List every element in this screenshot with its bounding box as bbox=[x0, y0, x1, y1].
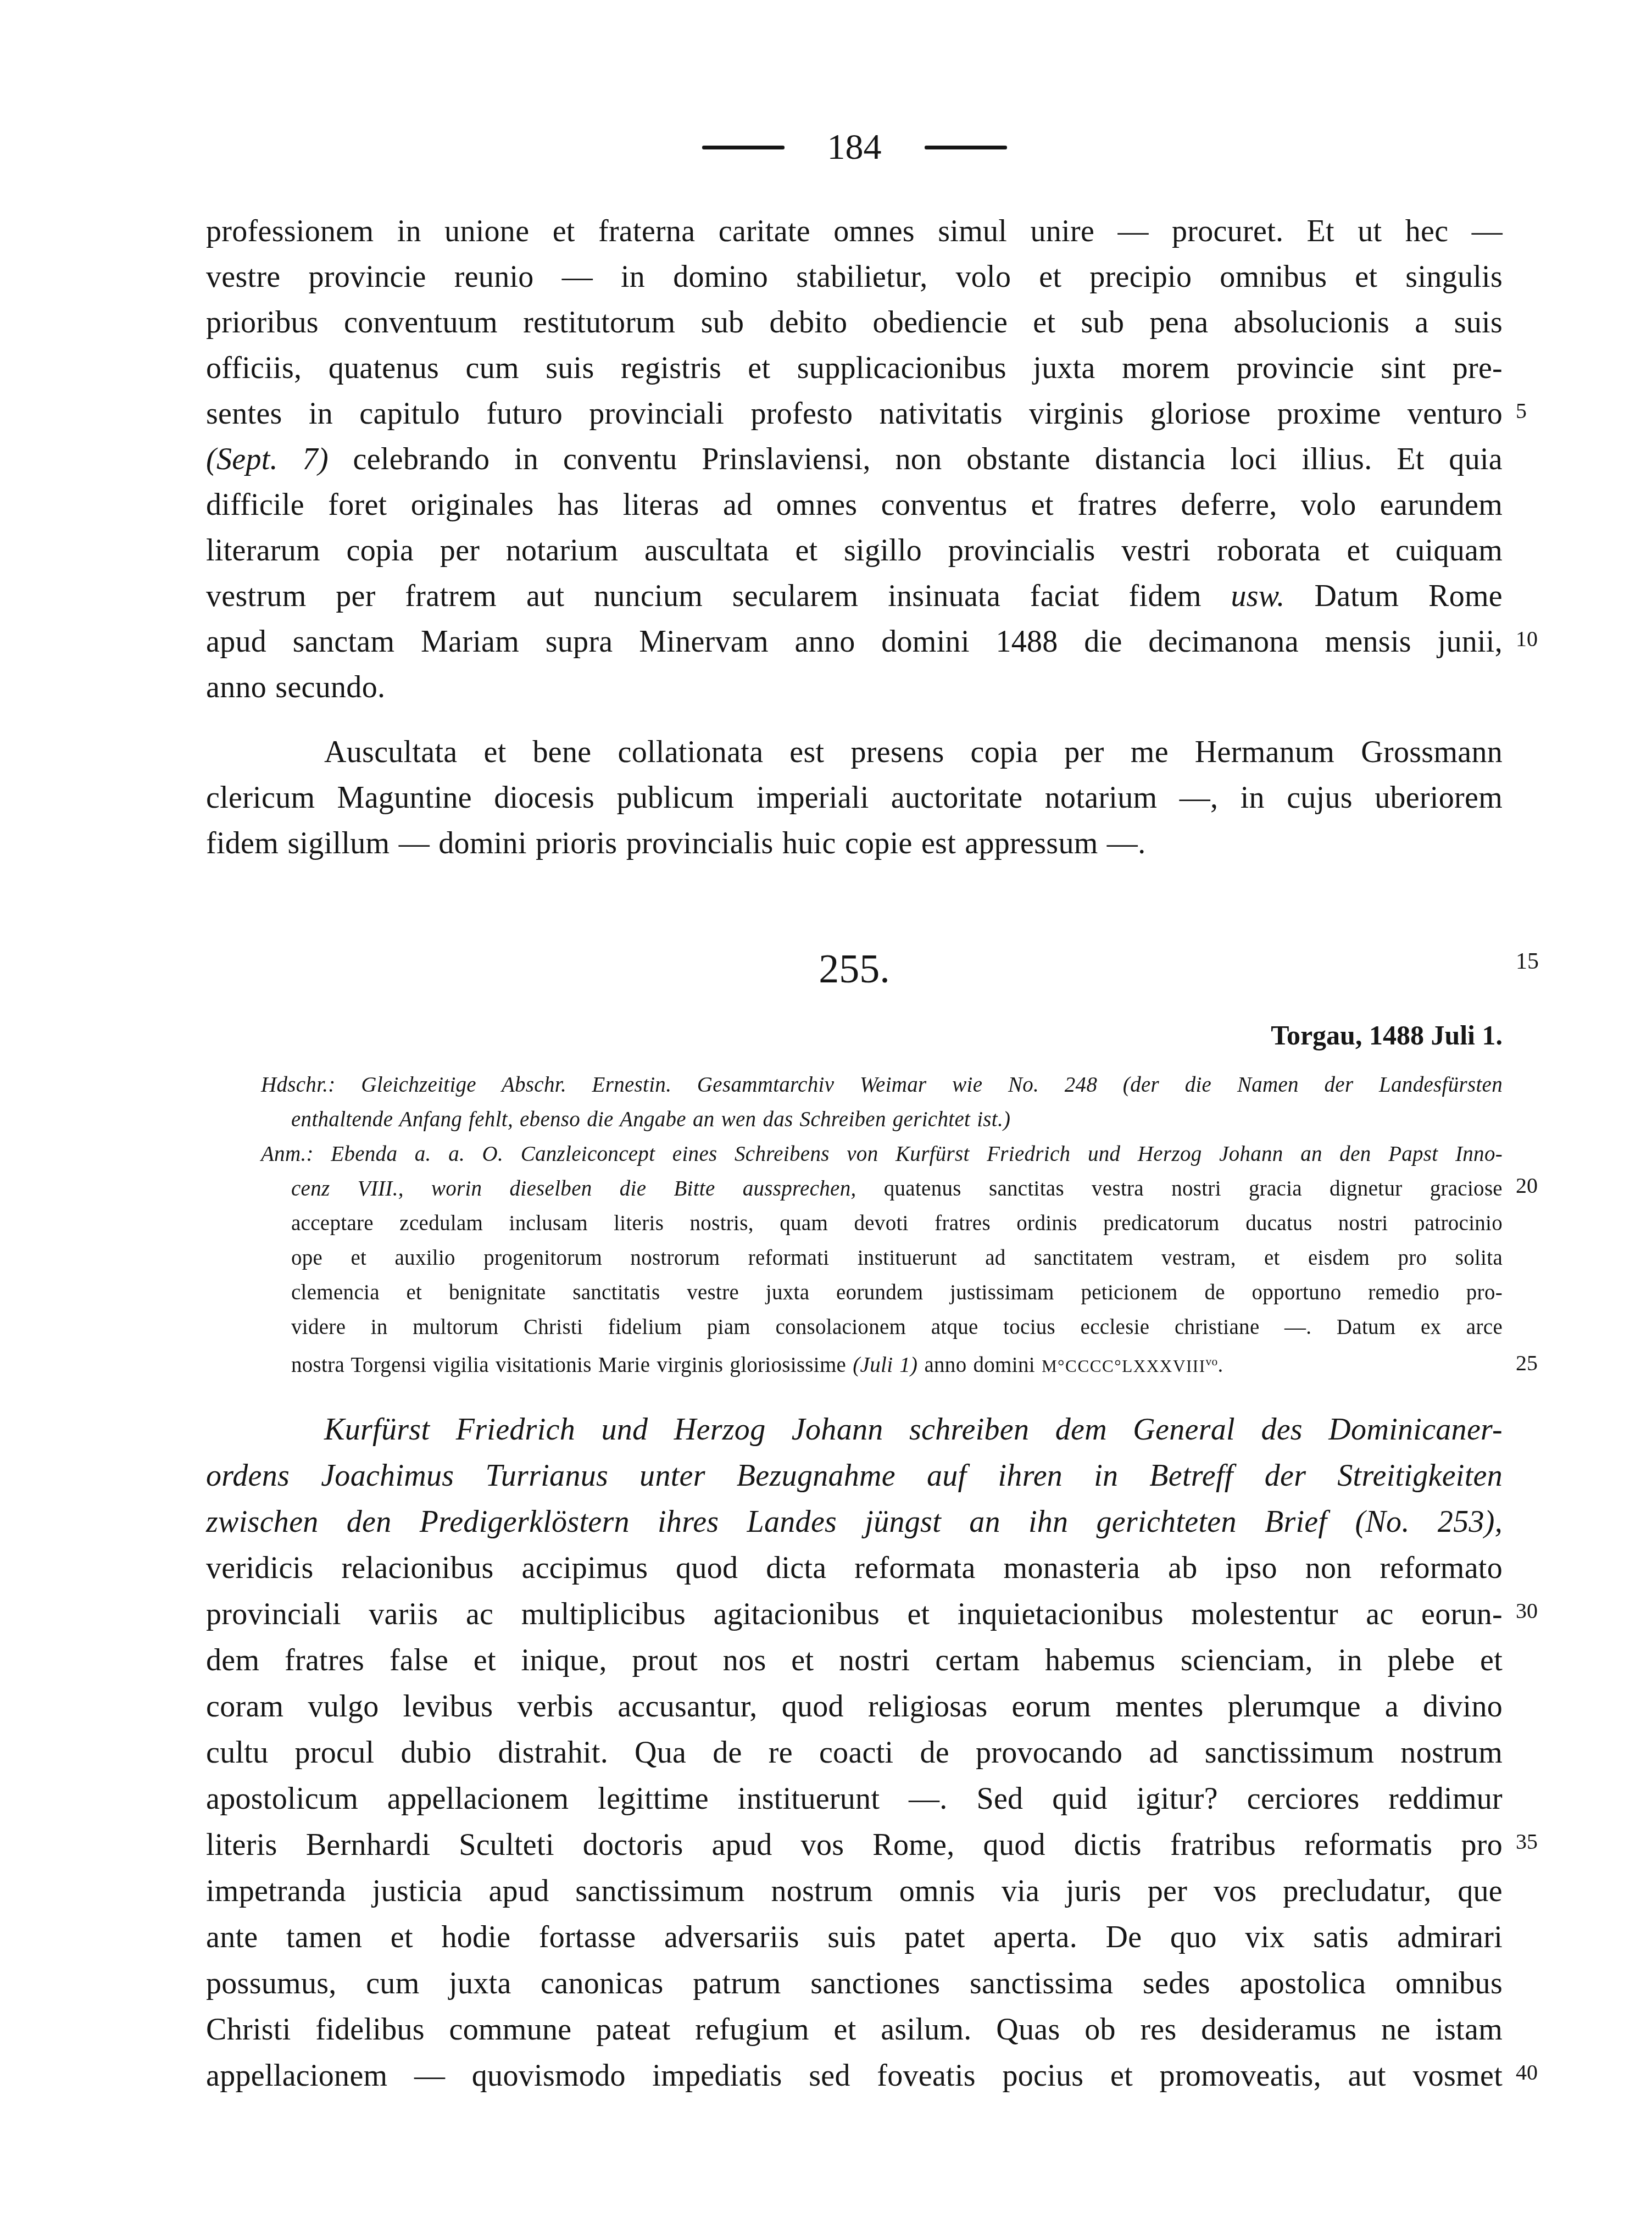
text-line: acceptare zcedulam inclusam literis nost… bbox=[206, 1206, 1503, 1241]
margin-line-number: 10 bbox=[1516, 616, 1538, 662]
text-segment: enthaltende Anfang fehlt, ebenso die Ang… bbox=[291, 1108, 1010, 1131]
text-line: zwischen den Predigerklöstern ihres Land… bbox=[206, 1499, 1503, 1545]
text-segment: possumus, cum juxta canonicas patrum san… bbox=[206, 1966, 1503, 2000]
margin-line-number: 30 bbox=[1516, 1588, 1538, 1634]
margin-line-number: 25 bbox=[1516, 1346, 1538, 1380]
text-line: apostolicum appellacionem legittime inst… bbox=[206, 1776, 1503, 1822]
text-segment: impetranda justicia apud sanctissimum no… bbox=[206, 1874, 1503, 1908]
text-line: veridicis relacionibus accipimus quod di… bbox=[206, 1545, 1503, 1591]
text-segment: apud sanctam Mariam supra Minervam anno … bbox=[206, 625, 1503, 659]
margin-line-number: 35 bbox=[1516, 1819, 1538, 1865]
text-segment: dem fratres false et inique, prout nos e… bbox=[206, 1643, 1503, 1677]
text-segment: nostra Torgensi vigilia visitationis Mar… bbox=[291, 1353, 853, 1377]
text-segment: apostolicum appellacionem legittime inst… bbox=[206, 1782, 1503, 1816]
page-header: 184 bbox=[206, 128, 1503, 166]
text-line: Anm.: Ebenda a. a. O. Canzleiconcept ein… bbox=[206, 1137, 1503, 1171]
text-line: officiis, quatenus cum suis registris et… bbox=[206, 346, 1503, 391]
header-rule-right bbox=[925, 146, 1007, 149]
doc-255-number: 255. bbox=[819, 947, 890, 992]
margin-line-number: 5 bbox=[1516, 388, 1527, 434]
text-segment: M°CCCC°LXXXVIII bbox=[1042, 1357, 1206, 1376]
text-line: apud sanctam Mariam supra Minervam anno … bbox=[206, 619, 1503, 665]
text-line: ope et auxilio progenitorum nostrorum re… bbox=[206, 1241, 1503, 1275]
text-line: professionem in unione et fraterna carit… bbox=[206, 209, 1503, 254]
text-segment: vestre provincie reunio — in domino stab… bbox=[206, 260, 1503, 294]
text-segment: coram vulgo levibus verbis accusantur, q… bbox=[206, 1690, 1503, 1724]
book-page-scan: 184 professionem in unione et fraterna c… bbox=[0, 0, 1652, 2234]
text-segment: difficile foret originales has literas a… bbox=[206, 488, 1503, 522]
margin-line-number: 15 bbox=[1516, 940, 1539, 983]
text-segment: anno secundo. bbox=[206, 670, 385, 704]
text-line: possumus, cum juxta canonicas patrum san… bbox=[206, 1960, 1503, 2007]
text-line: nostra Torgensi vigilia visitationis Mar… bbox=[206, 1344, 1503, 1383]
text-line: videre in multorum Christi fidelium piam… bbox=[206, 1310, 1503, 1344]
text-segment: zwischen den Predigerklöstern ihres Land… bbox=[206, 1505, 1503, 1539]
text-segment: fidem sigillum — domini prioris provinci… bbox=[206, 826, 1145, 860]
text-segment: Auscultata et bene collationata est pres… bbox=[324, 735, 1503, 769]
margin-line-number: 40 bbox=[1516, 2049, 1538, 2096]
text-segment: veridicis relacionibus accipimus quod di… bbox=[206, 1551, 1503, 1585]
text-line: impetranda justicia apud sanctissimum no… bbox=[206, 1868, 1503, 1914]
text-line: ante tamen et hodie fortasse adversariis… bbox=[206, 1914, 1503, 1960]
text-segment: officiis, quatenus cum suis registris et… bbox=[206, 351, 1503, 385]
doc-254-notary-paragraph: Auscultata et bene collationata est pres… bbox=[206, 730, 1503, 866]
text-segment: cenz VIII., worin dieselben die Bitte au… bbox=[291, 1177, 884, 1201]
text-line: Christi fidelibus commune pateat refugiu… bbox=[206, 2007, 1503, 2053]
text-segment: vo bbox=[1206, 1355, 1218, 1368]
text-line: Kurfürst Friedrich und Herzog Johann sch… bbox=[206, 1407, 1503, 1453]
text-segment: ante tamen et hodie fortasse adversariis… bbox=[206, 1920, 1503, 1954]
text-line: literis Bernhardi Sculteti doctoris apud… bbox=[206, 1822, 1503, 1868]
text-segment: clericum Maguntine diocesis publicum imp… bbox=[206, 781, 1503, 815]
text-line: cenz VIII., worin dieselben die Bitte au… bbox=[206, 1171, 1503, 1206]
text-line: dem fratres false et inique, prout nos e… bbox=[206, 1637, 1503, 1683]
text-segment: appellacionem — quovismodo impediatis se… bbox=[206, 2059, 1503, 2093]
text-segment: anno domini bbox=[917, 1353, 1041, 1377]
doc-255-heading: 255. 15 bbox=[206, 948, 1503, 991]
doc-255-source-note: Hdschr.: Gleichzeitige Abschr. Ernestin.… bbox=[206, 1068, 1503, 1383]
text-segment: Kurfürst Friedrich und Herzog Johann sch… bbox=[324, 1413, 1503, 1447]
text-segment: videre in multorum Christi fidelium piam… bbox=[291, 1315, 1503, 1339]
text-line: appellacionem — quovismodo impediatis se… bbox=[206, 2053, 1503, 2099]
text-line: clemencia et benignitate sanctitatis ves… bbox=[206, 1275, 1503, 1310]
text-segment: Christi fidelibus commune pateat refugiu… bbox=[206, 2013, 1503, 2047]
text-line: enthaltende Anfang fehlt, ebenso die Ang… bbox=[206, 1102, 1503, 1137]
text-segment: ordens Joachimus Turrianus unter Bezugna… bbox=[206, 1459, 1503, 1493]
text-segment: quatenus sanctitas vestra nostri gracia … bbox=[884, 1177, 1503, 1201]
text-segment: acceptare zcedulam inclusam literis nost… bbox=[291, 1212, 1503, 1235]
text-line: fidem sigillum — domini prioris provinci… bbox=[206, 821, 1503, 866]
text-segment: provinciali variis ac multiplicibus agit… bbox=[206, 1597, 1503, 1631]
text-line: Auscultata et bene collationata est pres… bbox=[206, 730, 1503, 775]
text-line: vestrum per fratrem aut nuncium seculare… bbox=[206, 574, 1503, 619]
text-segment: professionem in unione et fraterna carit… bbox=[206, 214, 1503, 248]
margin-line-number: 20 bbox=[1516, 1168, 1538, 1203]
text-segment: . bbox=[1218, 1353, 1223, 1377]
text-line: literarum copia per notarium auscultata … bbox=[206, 528, 1503, 574]
text-segment: usw. bbox=[1231, 579, 1284, 613]
text-segment: cultu procul dubio distrahit. Qua de re … bbox=[206, 1736, 1503, 1770]
page-number: 184 bbox=[827, 126, 882, 168]
text-segment: prioribus conventuum restitutorum sub de… bbox=[206, 305, 1503, 340]
text-segment: clemencia et benignitate sanctitatis ves… bbox=[291, 1281, 1503, 1304]
text-segment: ope et auxilio progenitorum nostrorum re… bbox=[291, 1246, 1503, 1270]
text-segment: sentes in capitulo futuro provinciali pr… bbox=[206, 397, 1503, 431]
text-line: sentes in capitulo futuro provinciali pr… bbox=[206, 391, 1503, 437]
text-segment: Anm.: Ebenda a. a. O. Canzleiconcept ein… bbox=[261, 1142, 1503, 1166]
text-line: difficile foret originales has literas a… bbox=[206, 482, 1503, 528]
text-line: provinciali variis ac multiplicibus agit… bbox=[206, 1591, 1503, 1637]
text-line: vestre provincie reunio — in domino stab… bbox=[206, 254, 1503, 300]
text-line: ordens Joachimus Turrianus unter Bezugna… bbox=[206, 1453, 1503, 1499]
text-segment: literarum copia per notarium auscultata … bbox=[206, 534, 1503, 568]
text-line: anno secundo. bbox=[206, 665, 1503, 710]
text-segment: (Juli 1) bbox=[853, 1353, 917, 1377]
text-segment: literis Bernhardi Sculteti doctoris apud… bbox=[206, 1828, 1503, 1862]
header-rule-left bbox=[702, 146, 785, 149]
doc-254-continuation-paragraph-1: professionem in unione et fraterna carit… bbox=[206, 209, 1503, 710]
text-line: clericum Maguntine diocesis publicum imp… bbox=[206, 775, 1503, 821]
text-line: prioribus conventuum restitutorum sub de… bbox=[206, 300, 1503, 346]
text-segment: celebrando in conventu Prinslaviensi, no… bbox=[329, 442, 1503, 476]
text-segment: Hdschr.: Gleichzeitige Abschr. Ernestin.… bbox=[261, 1073, 1503, 1097]
text-column: 184 professionem in unione et fraterna c… bbox=[206, 0, 1503, 2099]
text-line: coram vulgo levibus verbis accusantur, q… bbox=[206, 1683, 1503, 1730]
text-line: (Sept. 7) celebrando in conventu Prinsla… bbox=[206, 437, 1503, 482]
doc-255-summary-paragraph: Kurfürst Friedrich und Herzog Johann sch… bbox=[206, 1407, 1503, 2099]
text-segment: vestrum per fratrem aut nuncium seculare… bbox=[206, 579, 1231, 613]
text-line: cultu procul dubio distrahit. Qua de re … bbox=[206, 1730, 1503, 1776]
text-line: Hdschr.: Gleichzeitige Abschr. Ernestin.… bbox=[206, 1068, 1503, 1102]
text-segment: (Sept. 7) bbox=[206, 442, 329, 476]
text-segment: Datum Rome bbox=[1285, 579, 1503, 613]
doc-255-dateline: Torgau, 1488 Juli 1. bbox=[206, 1019, 1503, 1051]
